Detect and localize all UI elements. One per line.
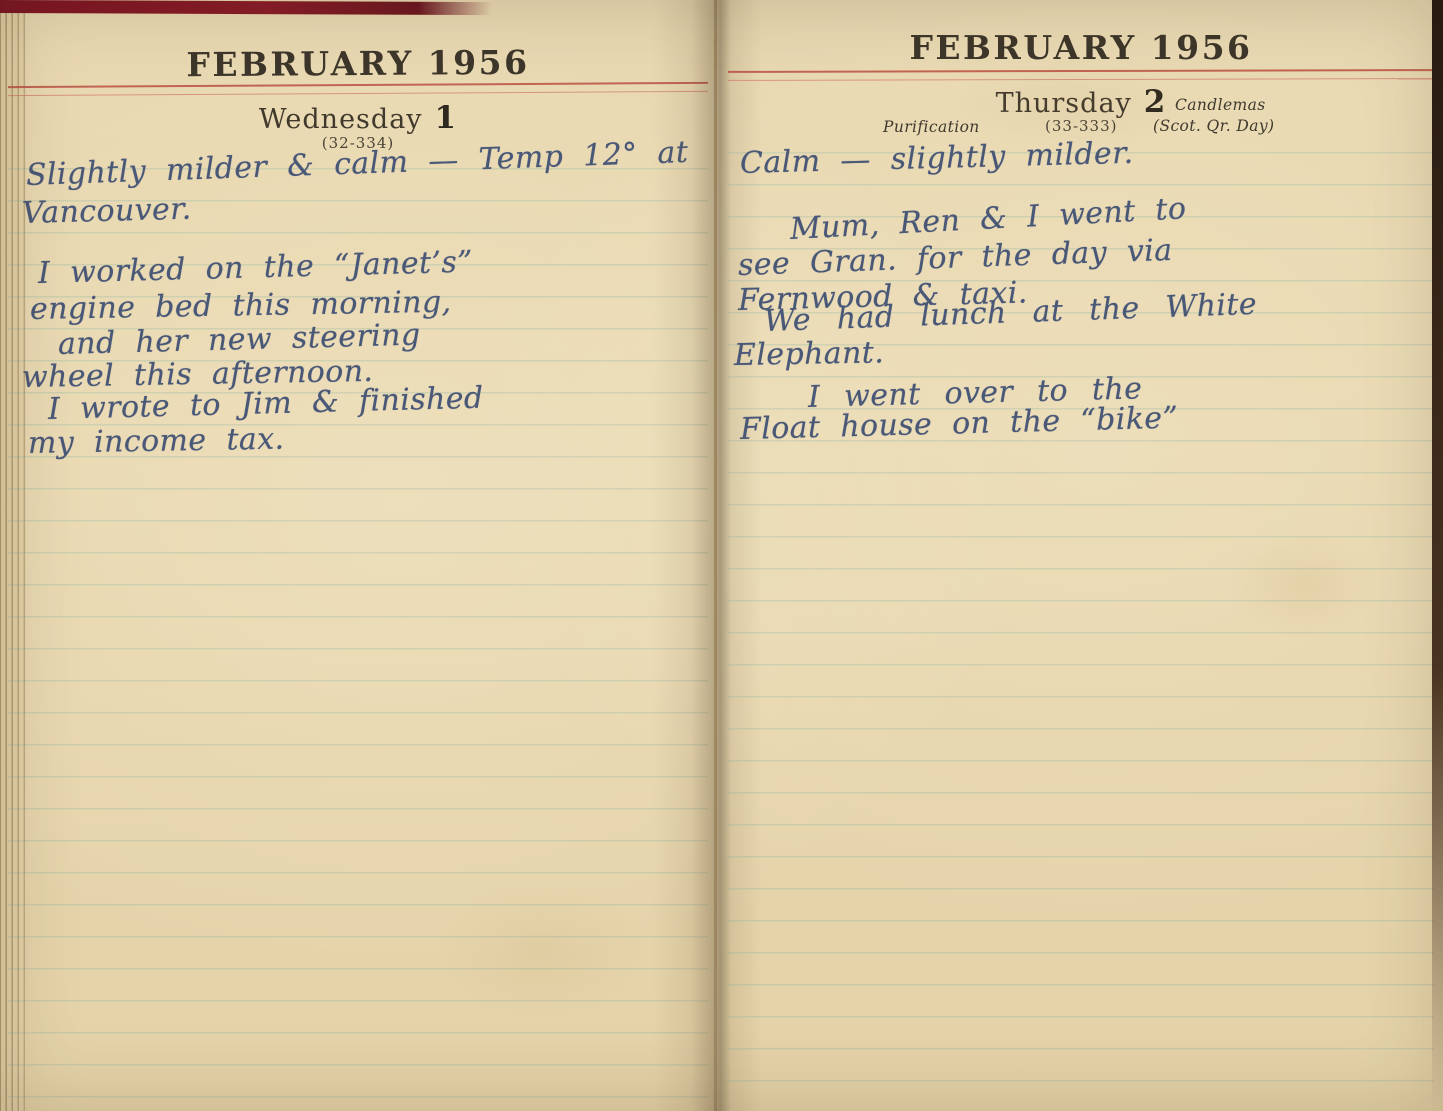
book-cover-edge-right: [1432, 0, 1443, 1111]
feast-label-scot-qr-day: (Scot. Qr. Day): [1153, 117, 1275, 135]
day-name-left: Wednesday: [259, 104, 423, 135]
header-rule-right: [728, 69, 1434, 81]
feast-label-candlemas: Candlemas: [1175, 96, 1266, 114]
handwritten-line: my income tax.: [28, 422, 285, 461]
day-heading-right: Thursday2: [728, 84, 1434, 120]
month-header-right: FEBRUARY 1956: [728, 28, 1434, 67]
diary-page-left: FEBRUARY 1956 Wednesday1 (32-334) Slight…: [8, 0, 708, 1111]
day-number-right: 2: [1144, 84, 1167, 120]
day-heading-left: Wednesday1: [8, 100, 708, 136]
day-name-right: Thursday: [996, 88, 1132, 119]
day-of-year-right: (33-333): [1045, 117, 1118, 135]
diary-page-right: FEBRUARY 1956 Thursday2 Candlemas Purifi…: [728, 0, 1434, 1111]
handwritten-line: Vancouver.: [22, 192, 192, 231]
diary-scan: FEBRUARY 1956 Wednesday1 (32-334) Slight…: [0, 0, 1443, 1111]
month-header-left: FEBRUARY 1956: [8, 42, 708, 86]
page-gutter-crease: [714, 0, 717, 1111]
handwritten-line: Elephant.: [734, 335, 885, 373]
day-number-left: 1: [435, 100, 458, 136]
feast-label-purification: Purification: [883, 118, 980, 136]
